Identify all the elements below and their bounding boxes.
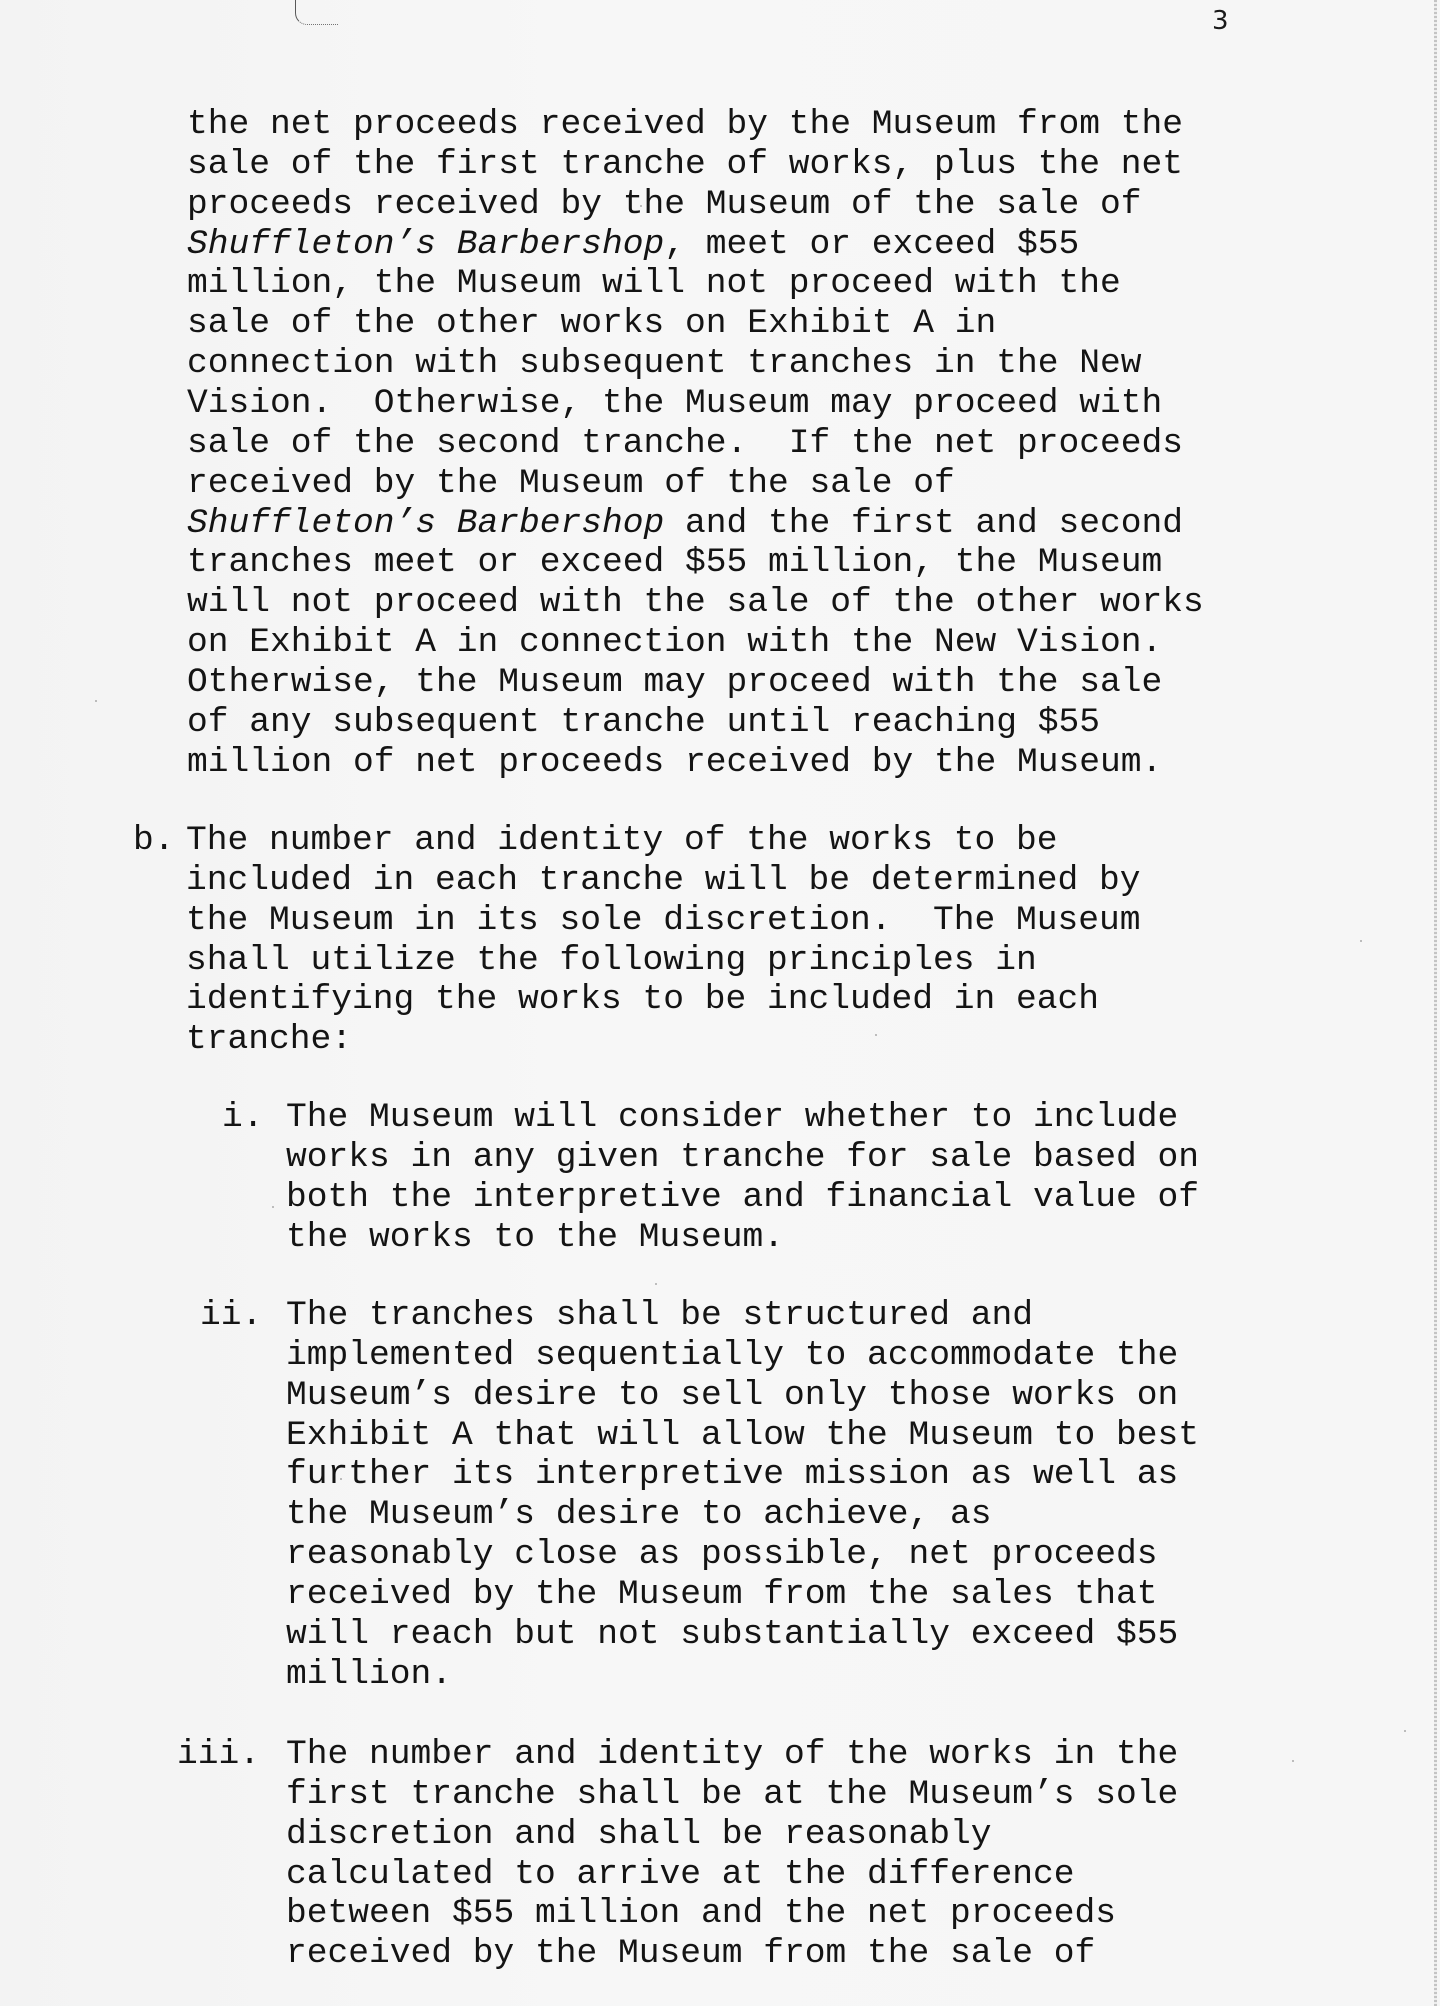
text-line: received by the Museum from the sale of xyxy=(286,1934,1095,1974)
text-line: Shuffleton’s Barbershop and the first an… xyxy=(187,504,1183,544)
text-line: included in each tranche will be determi… xyxy=(186,861,1141,901)
text-line: The Museum will consider whether to incl… xyxy=(286,1098,1178,1138)
text-line: shall utilize the following principles i… xyxy=(186,941,1037,981)
text-line: Vision. Otherwise, the Museum may procee… xyxy=(187,384,1162,424)
text-run: proceeds received by the Museum of the s… xyxy=(187,185,1142,224)
text-line: implemented sequentially to accommodate … xyxy=(286,1336,1178,1376)
text-line: will reach but not substantially exceed … xyxy=(286,1615,1178,1655)
text-line: the Museum’s desire to achieve, as xyxy=(286,1495,992,1535)
text-line: sale of the other works on Exhibit A in xyxy=(187,304,996,344)
text-run: tranches meet or exceed $55 million, the… xyxy=(187,543,1162,582)
text-line: received by the Museum of the sale of xyxy=(187,464,955,504)
text-line: of any subsequent tranche until reaching… xyxy=(187,703,1100,743)
text-line: the Museum in its sole discretion. The M… xyxy=(186,901,1141,941)
subitem-label: i. xyxy=(222,1098,264,1138)
text-line: sale of the first tranche of works, plus… xyxy=(187,145,1183,185)
scan-speck xyxy=(1404,1730,1406,1732)
text-line: million, the Museum will not proceed wit… xyxy=(187,264,1121,304)
text-run: , meet or exceed $55 xyxy=(664,225,1079,264)
subitem-label: ii. xyxy=(200,1296,262,1336)
text-run: the net proceeds received by the Museum … xyxy=(187,105,1183,144)
staple-mark xyxy=(295,0,338,25)
text-line: The tranches shall be structured and xyxy=(286,1296,1033,1336)
scan-speck xyxy=(1292,1760,1294,1762)
scan-speck xyxy=(655,1283,657,1285)
text-run: Otherwise, the Museum may proceed with t… xyxy=(187,663,1162,702)
text-run: and the first and second xyxy=(664,504,1183,543)
artwork-title: Shuffleton’s Barbershop xyxy=(187,504,664,543)
text-line: tranches meet or exceed $55 million, the… xyxy=(187,543,1162,583)
text-run: sale of the second tranche. If the net p… xyxy=(187,424,1183,463)
scan-speck xyxy=(340,1478,342,1480)
text-line: received by the Museum from the sales th… xyxy=(286,1575,1158,1615)
text-line: calculated to arrive at the difference xyxy=(286,1855,1075,1895)
text-line: works in any given tranche for sale base… xyxy=(286,1138,1199,1178)
text-line: on Exhibit A in connection with the New … xyxy=(187,623,1162,663)
artwork-title: Shuffleton’s Barbershop xyxy=(187,225,664,264)
text-line: Exhibit A that will allow the Museum to … xyxy=(286,1416,1199,1456)
text-line: Shuffleton’s Barbershop, meet or exceed … xyxy=(187,225,1079,265)
text-run: received by the Museum of the sale of xyxy=(187,464,955,503)
text-run: connection with subsequent tranches in t… xyxy=(187,344,1142,383)
scan-speck xyxy=(95,700,97,702)
text-line: reasonably close as possible, net procee… xyxy=(286,1535,1158,1575)
text-line: the works to the Museum. xyxy=(286,1218,784,1258)
text-line: the net proceeds received by the Museum … xyxy=(187,105,1183,145)
text-line: million. xyxy=(286,1655,452,1695)
text-line: tranche: xyxy=(186,1020,352,1060)
text-line: Otherwise, the Museum may proceed with t… xyxy=(187,663,1162,703)
text-line: connection with subsequent tranches in t… xyxy=(187,344,1142,384)
text-line: million of net proceeds received by the … xyxy=(187,743,1162,783)
scan-edge-artifact xyxy=(1434,0,1437,2006)
text-run: Vision. Otherwise, the Museum may procee… xyxy=(187,384,1162,423)
text-line: Museum’s desire to sell only those works… xyxy=(286,1376,1178,1416)
text-line: sale of the second tranche. If the net p… xyxy=(187,424,1183,464)
text-line: further its interpretive mission as well… xyxy=(286,1455,1178,1495)
text-run: will not proceed with the sale of the ot… xyxy=(187,583,1204,622)
text-line: first tranche shall be at the Museum’s s… xyxy=(286,1775,1178,1815)
text-run: on Exhibit A in connection with the New … xyxy=(187,623,1162,662)
text-line: between $55 million and the net proceeds xyxy=(286,1894,1116,1934)
text-line: The number and identity of the works to … xyxy=(186,821,1058,861)
text-line: identifying the works to be included in … xyxy=(186,980,1099,1020)
text-line: will not proceed with the sale of the ot… xyxy=(187,583,1204,623)
scan-speck xyxy=(875,1034,877,1036)
text-line: proceeds received by the Museum of the s… xyxy=(187,185,1142,225)
text-run: million of net proceeds received by the … xyxy=(187,743,1162,782)
text-line: The number and identity of the works in … xyxy=(286,1735,1178,1775)
text-run: of any subsequent tranche until reaching… xyxy=(187,703,1100,742)
paragraph-label: b. xyxy=(133,821,175,861)
text-line: discretion and shall be reasonably xyxy=(286,1815,992,1855)
text-run: sale of the other works on Exhibit A in xyxy=(187,304,996,343)
text-run: million, the Museum will not proceed wit… xyxy=(187,264,1121,303)
text-run: sale of the first tranche of works, plus… xyxy=(187,145,1183,184)
scan-speck xyxy=(272,1206,274,1208)
scanned-page: 3 the net proceeds received by the Museu… xyxy=(0,0,1440,2006)
subitem-label: iii. xyxy=(177,1735,260,1775)
page-number: 3 xyxy=(1212,6,1229,36)
scan-speck xyxy=(1360,940,1362,942)
scan-speck xyxy=(640,205,642,207)
text-line: both the interpretive and financial valu… xyxy=(286,1178,1199,1218)
